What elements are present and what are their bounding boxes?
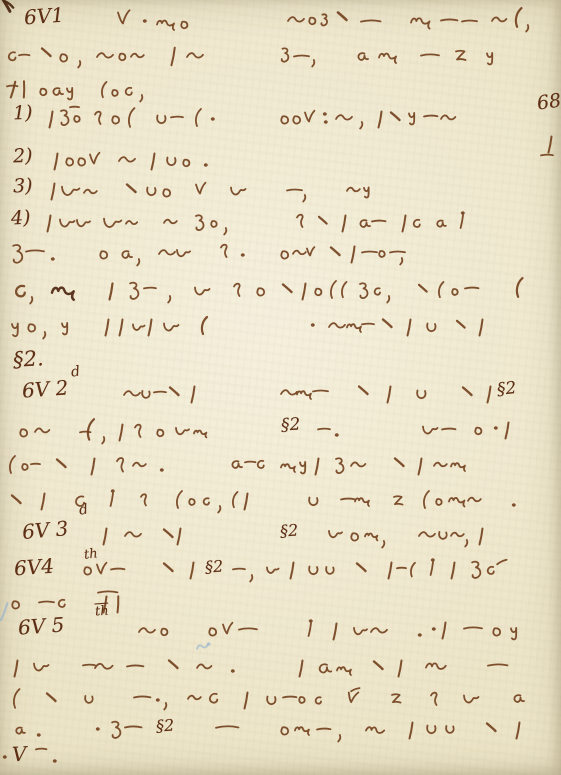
- shorthand-line-20: [15, 661, 508, 677]
- handwritten-label: 68: [536, 91, 561, 113]
- handwritten-label: §2: [279, 522, 298, 539]
- handwritten-label: th: [83, 547, 98, 561]
- shorthand-strokes-layer: [0, 0, 561, 775]
- shorthand-line-8: [13, 245, 405, 266]
- handwritten-label: d: [70, 364, 81, 379]
- handwritten-label: 2): [13, 147, 33, 167]
- shorthand-line-2: [9, 48, 492, 68]
- shorthand-line-1: [118, 8, 528, 31]
- handwritten-label: §2: [496, 380, 517, 399]
- shorthand-line-9: [16, 278, 522, 303]
- shorthand-line-6: [52, 183, 369, 202]
- shorthand-line-5: [55, 153, 207, 170]
- manuscript-scan: 6V11)682)3)4)§2.6V 2d§2§26V 3d§26V4th§26…: [0, 0, 561, 775]
- handwritten-label: §2: [155, 717, 174, 734]
- shorthand-line-17: [84, 559, 506, 581]
- shorthand-line-4: [50, 107, 554, 156]
- handwritten-label: 6V 2: [21, 377, 69, 400]
- handwritten-label: §2: [280, 416, 300, 434]
- handwritten-label: §2.: [12, 348, 44, 371]
- shorthand-line-7: [48, 212, 464, 234]
- handwritten-label: 6V4: [13, 556, 54, 579]
- handwritten-label: 4): [11, 209, 31, 229]
- handwritten-label: 6V 3: [21, 518, 69, 542]
- handwritten-label: §2: [204, 558, 223, 575]
- shorthand-line-21: [14, 688, 524, 710]
- handwritten-label: 1): [13, 104, 33, 124]
- shorthand-line-13: [20, 419, 508, 443]
- shorthand-line-14: [10, 456, 465, 475]
- handwritten-label: 6V 5: [17, 614, 65, 637]
- shorthand-line-12: [124, 387, 491, 403]
- shorthand-line-3: [7, 81, 142, 101]
- handwritten-label: 3): [13, 177, 33, 197]
- handwritten-label: V: [11, 744, 26, 765]
- handwritten-label: th: [95, 605, 109, 619]
- shorthand-line-10: [12, 317, 483, 339]
- handwritten-label: 6V1: [23, 5, 64, 28]
- shorthand-line-19: [139, 620, 516, 639]
- shorthand-edge-artifact-top-left: [0, 0, 13, 11]
- shorthand-line-22: [16, 722, 519, 742]
